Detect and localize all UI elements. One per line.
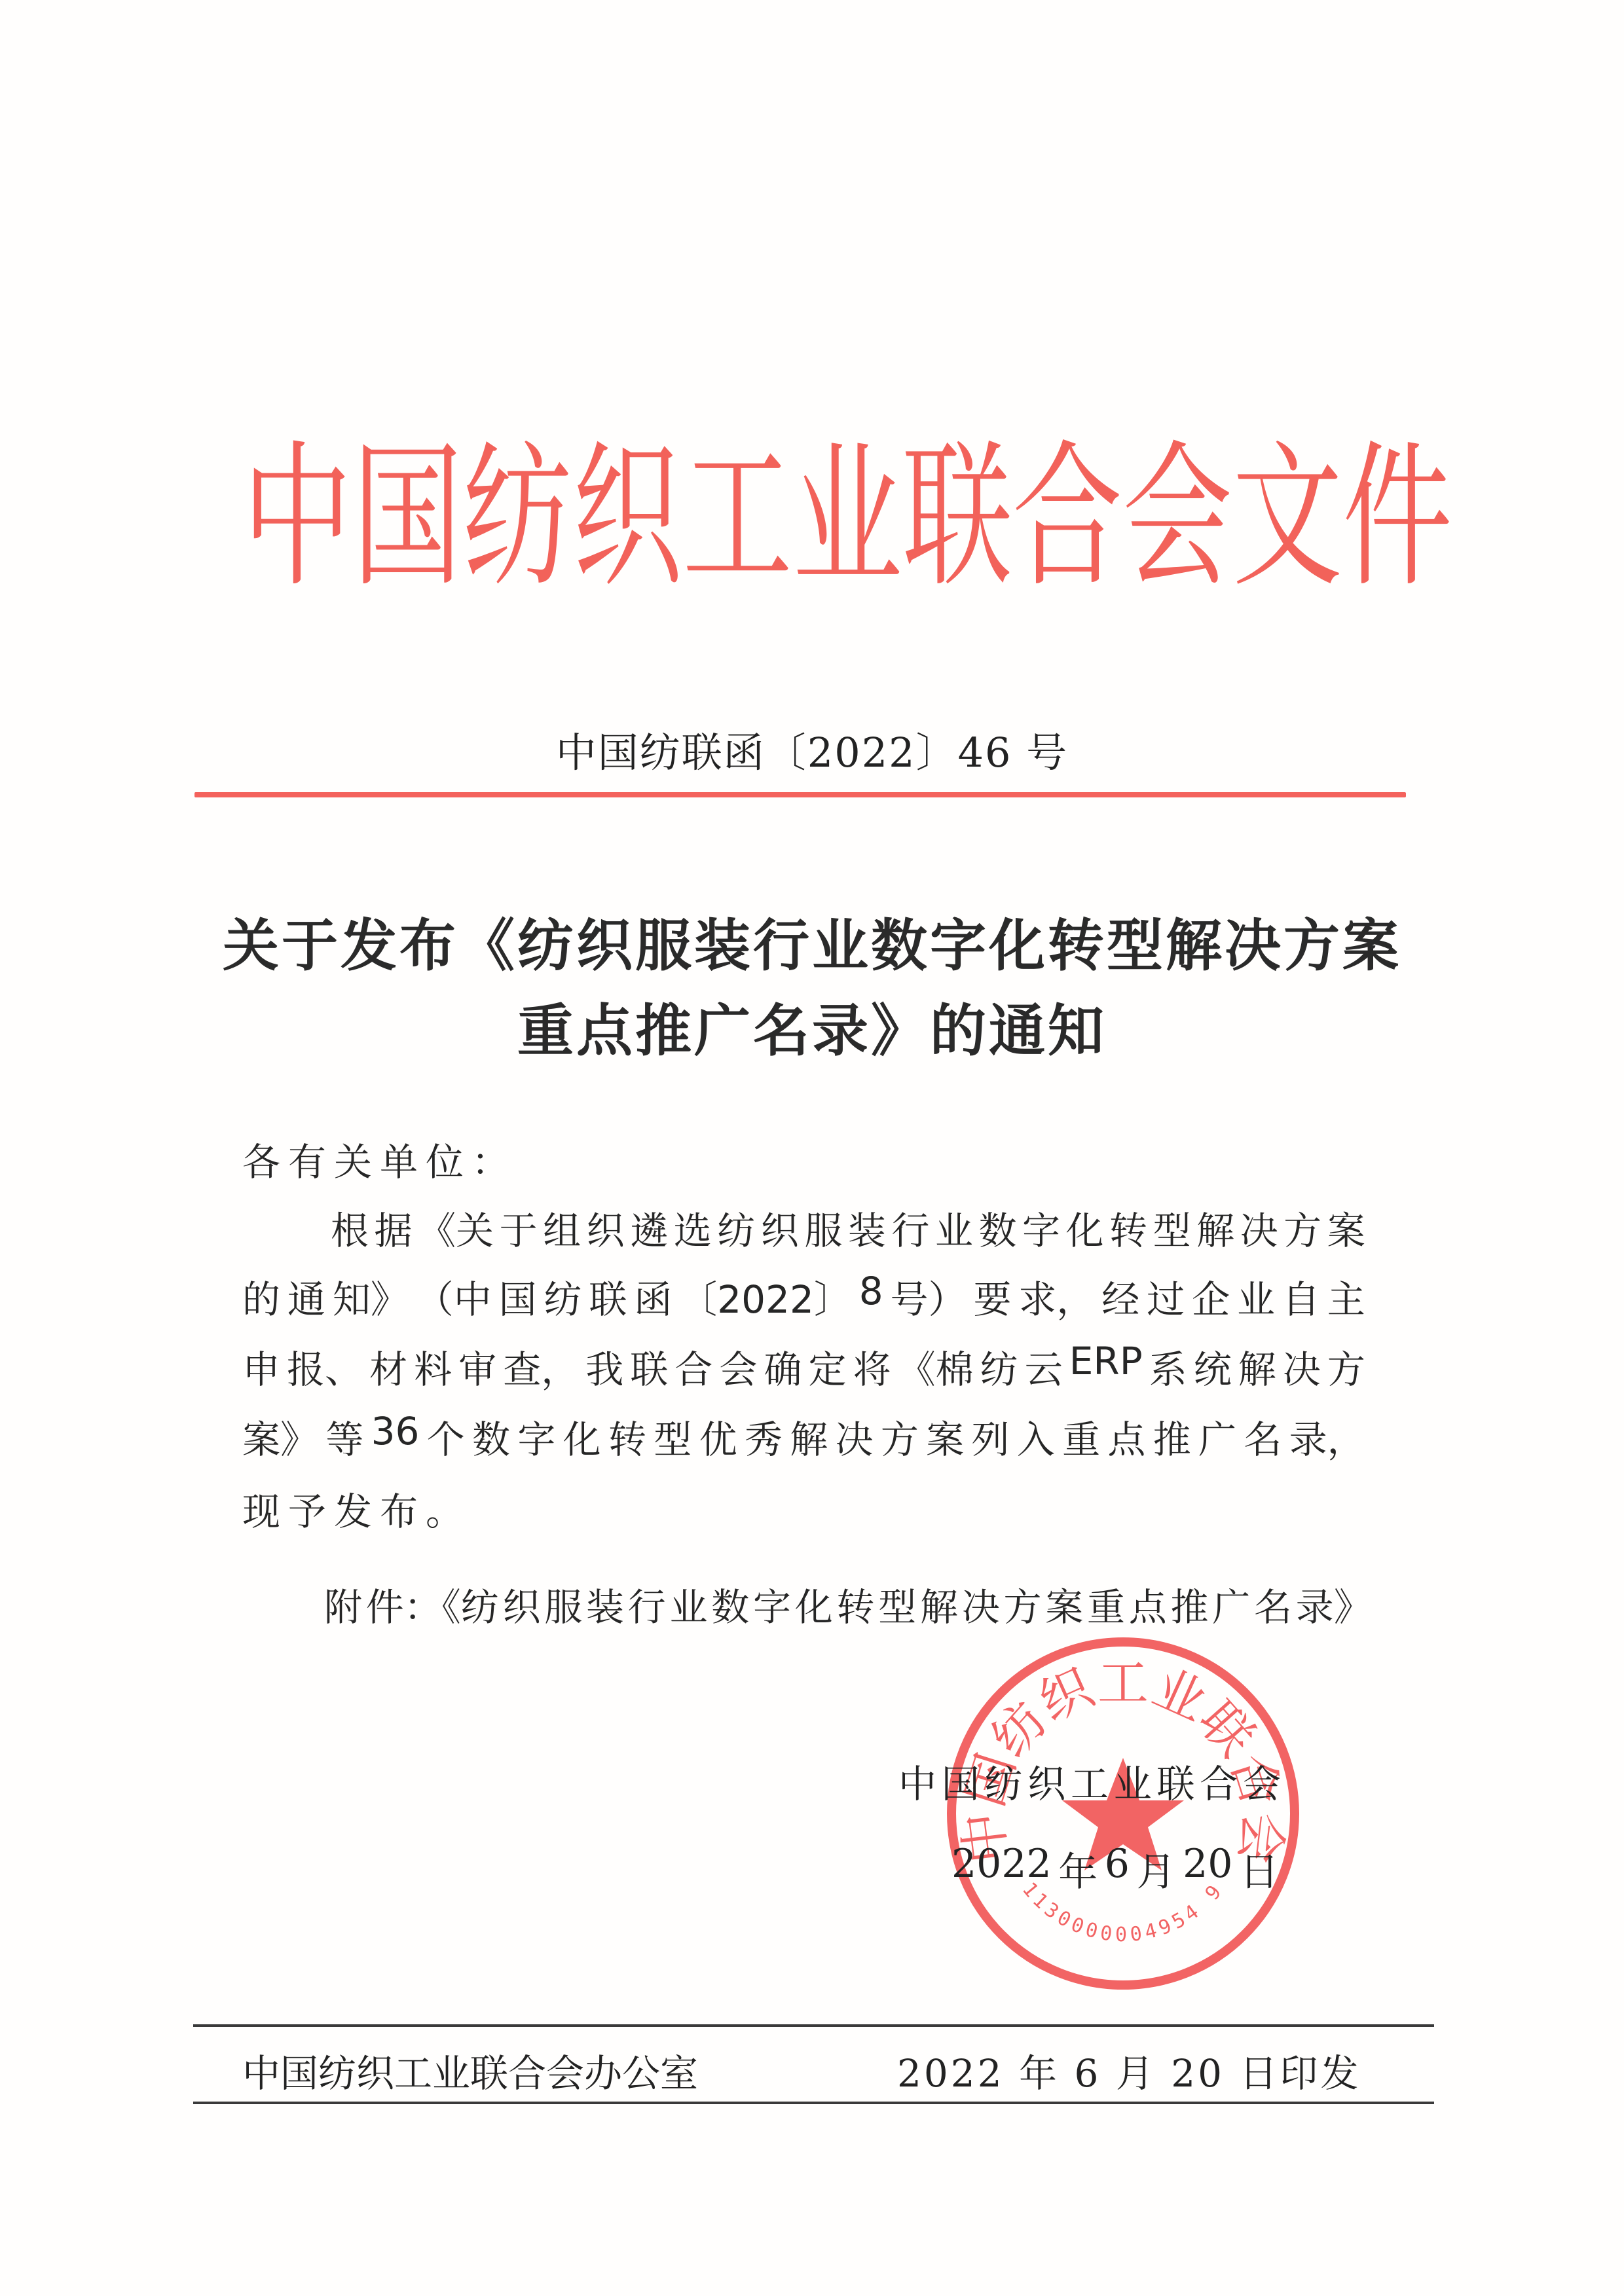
signature-char: 业 [1114, 1753, 1152, 1808]
red-header-char: 文 [1232, 439, 1342, 596]
paragraph-char: 知》 [333, 1269, 409, 1324]
paragraph-char: 数 [978, 1200, 1016, 1255]
salutation: 各有关单位： [242, 1131, 517, 1186]
paragraph-char: 过 [1147, 1269, 1185, 1324]
red-header-char: 中 [242, 439, 352, 596]
attachment-char: 转 [837, 1576, 875, 1631]
paragraph-char: 纺 [980, 1339, 1018, 1394]
paragraph-char: 纺 [544, 1269, 582, 1324]
paragraph-char: 录， [1289, 1409, 1365, 1464]
paragraph-char: 选 [674, 1200, 712, 1255]
attachment-char: 织 [503, 1576, 541, 1631]
signature-char: 合 [1200, 1753, 1238, 1808]
paragraph-char: ERP [1069, 1339, 1143, 1394]
attachment-line: 附件：《纺织服装行业数字化转型解决方案重点推广名录》 [324, 1576, 1372, 1631]
paragraph-char: 经 [1101, 1269, 1139, 1324]
attachment-char: 型 [878, 1576, 916, 1631]
attachment-char: 重 [1087, 1576, 1125, 1631]
paragraph-char: 云 [1025, 1339, 1063, 1394]
attachment-char: 解 [920, 1576, 958, 1631]
attachment-char: 字 [753, 1576, 791, 1631]
signature-char: 工 [1071, 1753, 1109, 1808]
paragraph-char: 国 [499, 1269, 537, 1324]
paragraph-char: 审 [458, 1339, 496, 1394]
paragraph-char: 秀 [745, 1409, 783, 1464]
red-header-title: 中 国 纺 织 工 业 联 合 会 文 件 [242, 419, 1349, 615]
paragraph-line: 的通知》（中国纺联函〔2022〕8号）要求，经过企业自主 [242, 1269, 1365, 1324]
signature-organization: 中 国 纺 织 工 业 联 合 会 [898, 1753, 1281, 1808]
paragraph-char: 入 [1017, 1409, 1055, 1464]
paragraph-char: 织 [761, 1200, 799, 1255]
paragraph-line-last: 现予发布。 [242, 1481, 471, 1536]
footer-rule-top [193, 2024, 1434, 2027]
document-page: 中 国 纺 织 工 业 联 合 会 文 件 中国纺联函〔2022〕46 号 关于… [0, 0, 1624, 2296]
footer-rule-bottom [193, 2102, 1434, 2104]
paragraph-char: 申 [242, 1339, 280, 1394]
paragraph-char: 行 [891, 1200, 929, 1255]
paragraph-char: 化 [563, 1409, 601, 1464]
paragraph-char: 要 [973, 1269, 1011, 1324]
paragraph-char: （中 [416, 1269, 492, 1324]
paragraph-char: 方 [1327, 1339, 1365, 1394]
red-header-char: 联 [902, 439, 1012, 596]
paragraph-char: 查， [503, 1339, 579, 1394]
attachment-char: 方 [1004, 1576, 1042, 1631]
attachment-char: 装 [586, 1576, 624, 1631]
paragraph-char: 方 [881, 1409, 919, 1464]
paragraph-char: 型 [654, 1409, 692, 1464]
paragraph-char: 36 [371, 1409, 420, 1464]
paragraph-char: 根 [331, 1200, 369, 1255]
paragraph-char: 《关 [418, 1200, 494, 1255]
paragraph-char: 广 [1198, 1409, 1236, 1464]
signature-char: 会 [1243, 1753, 1281, 1808]
date-month-label: 月 [1137, 1841, 1176, 1897]
paragraph-char: 求， [1018, 1269, 1094, 1324]
paragraph-line: 案》等36个数字化转型优秀解决方案列入重点推广名录， [242, 1409, 1365, 1464]
attachment-char: 广 [1212, 1576, 1250, 1631]
paragraph-char: 点 [1107, 1409, 1145, 1464]
paragraph-char: 决 [1283, 1339, 1321, 1394]
red-header-char: 工 [682, 439, 792, 596]
attachment-char: 录》 [1296, 1576, 1372, 1631]
paragraph-char: 字 [1022, 1200, 1060, 1255]
paragraph-char: 名 [1244, 1409, 1282, 1464]
paragraph-char: 型 [1153, 1200, 1191, 1255]
paragraph-char: 〔2022〕 [679, 1269, 852, 1324]
red-header-char: 织 [572, 439, 682, 596]
print-date: 2022 年 6 月 20 日印发 [897, 2043, 1361, 2098]
paragraph-char: 企 [1192, 1269, 1230, 1324]
paragraph-char: 会 [719, 1339, 757, 1394]
paragraph-char: 将 [853, 1339, 891, 1394]
paragraph-char: 材 [369, 1339, 407, 1394]
paragraph-char: 等 [325, 1409, 363, 1464]
paragraph-char: 主 [1327, 1269, 1365, 1324]
paragraph-char: 装 [848, 1200, 886, 1255]
attachment-char: 案 [1045, 1576, 1083, 1631]
date-month: 6 [1105, 1841, 1130, 1897]
paragraph-char: 字 [517, 1409, 555, 1464]
paragraph-char: 8 [859, 1269, 883, 1324]
official-seal-icon: 中国纺织工业联合会 1130000004954 9 [943, 1633, 1303, 1994]
paragraph-char: 案 [1327, 1200, 1365, 1255]
attachment-char: 附 [324, 1576, 362, 1631]
paragraph-line: 申报、材料审查，我联合会确定将《棉纺云ERP系统解决方 [242, 1339, 1365, 1394]
paragraph-char: 化 [1066, 1200, 1104, 1255]
red-divider-rule [194, 792, 1406, 797]
attachment-char: 业 [670, 1576, 708, 1631]
paragraph-char: 业 [935, 1200, 973, 1255]
paragraph-char: 解 [1196, 1200, 1234, 1255]
date-day-label: 日 [1240, 1841, 1279, 1897]
paragraph-char: 定 [809, 1339, 847, 1394]
paragraph-char: 决 [1240, 1200, 1278, 1255]
paragraph-char: 自 [1282, 1269, 1320, 1324]
paragraph-char: 遴 [630, 1200, 668, 1255]
red-header-char: 件 [1342, 439, 1452, 596]
attachment-char: 件：《纺 [366, 1576, 499, 1631]
paragraph-line: 根据《关于组织遴选纺织服装行业数字化转型解决方案 [331, 1200, 1365, 1255]
paragraph-char: 纺 [717, 1200, 755, 1255]
date-year: 2022 [951, 1841, 1052, 1897]
document-number: 中国纺联函〔2022〕46 号 [0, 720, 1624, 778]
attachment-char: 行 [628, 1576, 666, 1631]
document-title-line-2: 重点推广名录》的通知 [0, 985, 1624, 1066]
paragraph-char: 《棉 [898, 1339, 974, 1394]
document-title-line-1: 关于发布《纺织服装行业数字化转型解决方案 [0, 900, 1624, 981]
paragraph-char: 报、 [287, 1339, 363, 1394]
red-header-char: 会 [1122, 439, 1232, 596]
signature-char: 国 [942, 1753, 980, 1808]
attachment-char: 数 [711, 1576, 749, 1631]
paragraph-char: 重 [1062, 1409, 1100, 1464]
paragraph-char: 解 [1238, 1339, 1276, 1394]
paragraph-char: 联 [589, 1269, 627, 1324]
paragraph-char: 转 [608, 1409, 646, 1464]
red-header-char: 国 [352, 439, 462, 596]
paragraph-char: 服 [804, 1200, 842, 1255]
paragraph-char: 据 [375, 1200, 413, 1255]
paragraph-char: 合 [674, 1339, 712, 1394]
paragraph-char: 列 [971, 1409, 1009, 1464]
paragraph-char: 于 [500, 1200, 538, 1255]
paragraph-char: 优 [699, 1409, 737, 1464]
paragraph-char: 通 [287, 1269, 325, 1324]
signature-char: 织 [1027, 1753, 1065, 1808]
attachment-char: 点 [1129, 1576, 1167, 1631]
paragraph-char: 方 [1283, 1200, 1321, 1255]
paragraph-char: 的 [242, 1269, 280, 1324]
red-header-char: 业 [792, 439, 902, 596]
paragraph-char: 确 [764, 1339, 802, 1394]
attachment-char: 决 [962, 1576, 1000, 1631]
paragraph-char: 解 [790, 1409, 828, 1464]
paragraph-char: 决 [836, 1409, 874, 1464]
paragraph-char: 业 [1237, 1269, 1275, 1324]
red-header-char: 合 [1012, 439, 1122, 596]
attachment-char: 推 [1171, 1576, 1209, 1631]
paragraph-char: 我 [585, 1339, 623, 1394]
issuing-office: 中国纺织工业联合会办公室 [242, 2043, 698, 2098]
date-year-label: 年 [1058, 1841, 1098, 1897]
paragraph-char: 转 [1109, 1200, 1147, 1255]
attachment-char: 名 [1254, 1576, 1292, 1631]
paragraph-char: 函 [634, 1269, 672, 1324]
paragraph-char: 联 [630, 1339, 668, 1394]
signature-char: 联 [1156, 1753, 1194, 1808]
attachment-char: 服 [544, 1576, 582, 1631]
paragraph-char: 推 [1153, 1409, 1191, 1464]
date-day: 20 [1183, 1841, 1232, 1897]
paragraph-char: 织 [587, 1200, 625, 1255]
signature-char: 纺 [984, 1753, 1022, 1808]
paragraph-char: 号） [891, 1269, 967, 1324]
paragraph-char: 统 [1194, 1339, 1232, 1394]
paragraph-char: 案》 [242, 1409, 318, 1464]
paragraph-char: 案 [926, 1409, 964, 1464]
red-header-char: 纺 [462, 439, 572, 596]
attachment-char: 化 [795, 1576, 833, 1631]
paragraph-char: 个 [427, 1409, 465, 1464]
paragraph-char: 系 [1149, 1339, 1187, 1394]
paragraph-char: 料 [414, 1339, 452, 1394]
paragraph-char: 数 [472, 1409, 510, 1464]
signature-char: 中 [898, 1753, 936, 1808]
signature-date: 2022 年 6 月 20 日 [951, 1841, 1279, 1897]
paragraph-char: 组 [543, 1200, 581, 1255]
